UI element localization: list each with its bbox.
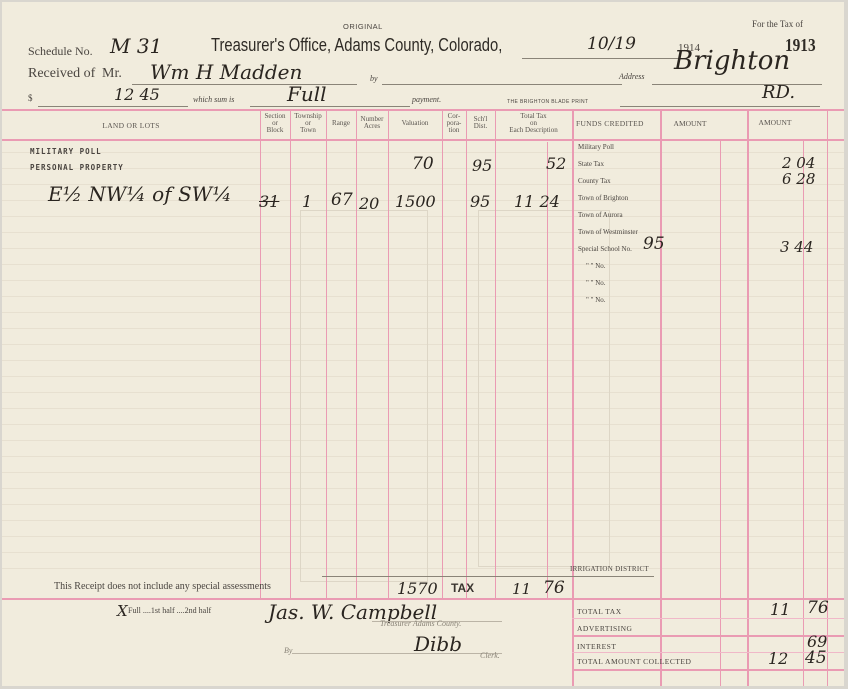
payment-type: Full [287,82,327,106]
col-line-acres [356,109,357,599]
military-poll-label: MILITARY POLL [30,147,102,156]
col-line-funds [572,109,574,686]
by-line [382,84,622,85]
amount-prefix: $ [28,93,33,103]
col-header-amount1: AMOUNT [660,120,720,127]
col-header-valuation: Valuation [388,120,442,127]
fund-state-tax: State Tax [578,160,604,168]
land-range: 67 [331,190,353,210]
col-header-corporation: Cor-pora-tion [442,113,466,134]
land-description: E½ NW¼ of SW¼ [48,182,232,206]
advertising-label: ADVERTISING [577,624,632,633]
tax-label: TAX [451,581,474,595]
col-header-acres: NumberAcres [356,116,388,130]
which-sum-label: which sum is [193,95,234,104]
clerk-line [292,653,502,654]
fund-town-westminster: Town of Westminster [578,228,638,236]
col-line-range [326,109,327,599]
total-collected-label: TOTAL AMOUNT COLLECTED [577,657,691,666]
address-line [652,84,822,85]
personal-property-label: PERSONAL PROPERTY [30,163,124,172]
land-total-tax: 11 24 [514,192,560,211]
tax-cents: 76 [543,578,565,598]
installment-mark: X [117,602,128,620]
fund-county-tax: County Tax [578,177,611,185]
land-school: 95 [470,192,490,211]
fund-military-poll: Military Poll [578,143,614,151]
irrigation-label: IRRIGATION DISTRICT [570,565,649,573]
interest-label: INTEREST [577,642,616,651]
pp-total-tax: 52 [546,154,566,173]
address-value: Brighton [674,46,790,76]
treasurer-caption: Treasurer Adams County. [380,619,461,628]
fund-other-3: " " No. [586,296,606,304]
page-title: Treasurer's Office, Adams County, Colora… [211,35,502,56]
received-label: Received of [28,66,95,82]
col-header-total-tax: Total TaxonEach Description [495,113,572,134]
col-line-total-tax [495,109,496,599]
total-tax-cents: 76 [807,598,829,618]
fund-other-2: " " No. [586,279,606,287]
col-header-amount2: AMOUNT [747,119,803,126]
date-line [522,58,682,59]
fund-special-school-number: 95 [643,234,665,254]
date-value: 10/19 [587,34,636,54]
total-valuation: 1570 [397,579,438,598]
for-tax-label: For the Tax of [752,19,803,29]
tax-receipt: ORIGINAL For the Tax of Schedule No. M 3… [2,2,844,686]
col-line-amount1 [660,109,662,686]
col-header-land: LAND OR LOTS [2,122,260,129]
payment-type-line [250,106,410,107]
total-collected-dollars: 12 [768,649,788,668]
schedule-value: M 31 [110,34,162,58]
land-valuation: 1500 [395,192,436,211]
total-tax-label: TOTAL TAX [577,607,622,616]
col-line-valuation [388,109,389,599]
special-assessments-note: This Receipt does not include any specia… [54,581,271,592]
col-header-range: Range [326,120,356,127]
total-tax-dollars: 11 [770,600,790,619]
col-header-section: SectionorBlock [260,113,290,134]
land-township: 1 [302,192,312,211]
total-collected-cents: 45 [805,648,827,668]
address-line-2 [620,106,820,107]
fund-special-school-amount: 3 44 [780,238,813,256]
col-header-township: TownshiporTown [290,113,326,134]
received-prefix: Mr. [102,66,122,82]
payment-label: payment. [412,95,441,104]
fund-special-school: Special School No. [578,245,632,253]
fund-town-brighton: Town of Brighton [578,194,628,202]
col-line-amount2-cents [803,140,804,686]
col-line-section [260,109,261,599]
amount-line [38,106,188,107]
installment-options: Full ....1st half ....2nd half [128,606,211,615]
pp-school: 95 [472,156,492,175]
col-header-school: Sch'lDist. [466,116,495,130]
col-line-amount2 [747,109,749,686]
schedule-label: Schedule No. [28,44,93,59]
fund-other-1: " " No. [586,262,606,270]
payer-name: Wm H Madden [150,60,302,84]
printer-credit: THE BRIGHTON BLADE PRINT [507,99,588,105]
clerk-signature: Dibb [414,632,462,656]
reverse-bleed-box [300,210,428,582]
col-line-township [290,109,291,599]
pp-valuation: 70 [412,154,434,174]
clerk-caption: Clerk. [480,651,500,660]
original-label: ORIGINAL [343,22,383,31]
tax-dollars: 11 [512,580,531,598]
land-section: 31 [259,192,279,211]
by-label: by [370,74,378,83]
amount-value: 12 45 [114,85,160,104]
address-label: Address [619,72,644,81]
fund-county-tax-amount: 6 28 [782,170,815,188]
irrigation-line [322,576,654,577]
col-line-corporation [442,109,443,599]
header-bottom-border [2,139,844,141]
fund-town-aurora: Town of Aurora [578,211,623,219]
col-header-funds: FUNDS CREDITED [576,120,644,127]
table-top-border [2,109,844,111]
col-line-amount1-cents [720,140,721,686]
land-acres: 20 [359,194,379,213]
col-line-school [466,109,467,599]
address-extra: RD. [762,82,795,103]
